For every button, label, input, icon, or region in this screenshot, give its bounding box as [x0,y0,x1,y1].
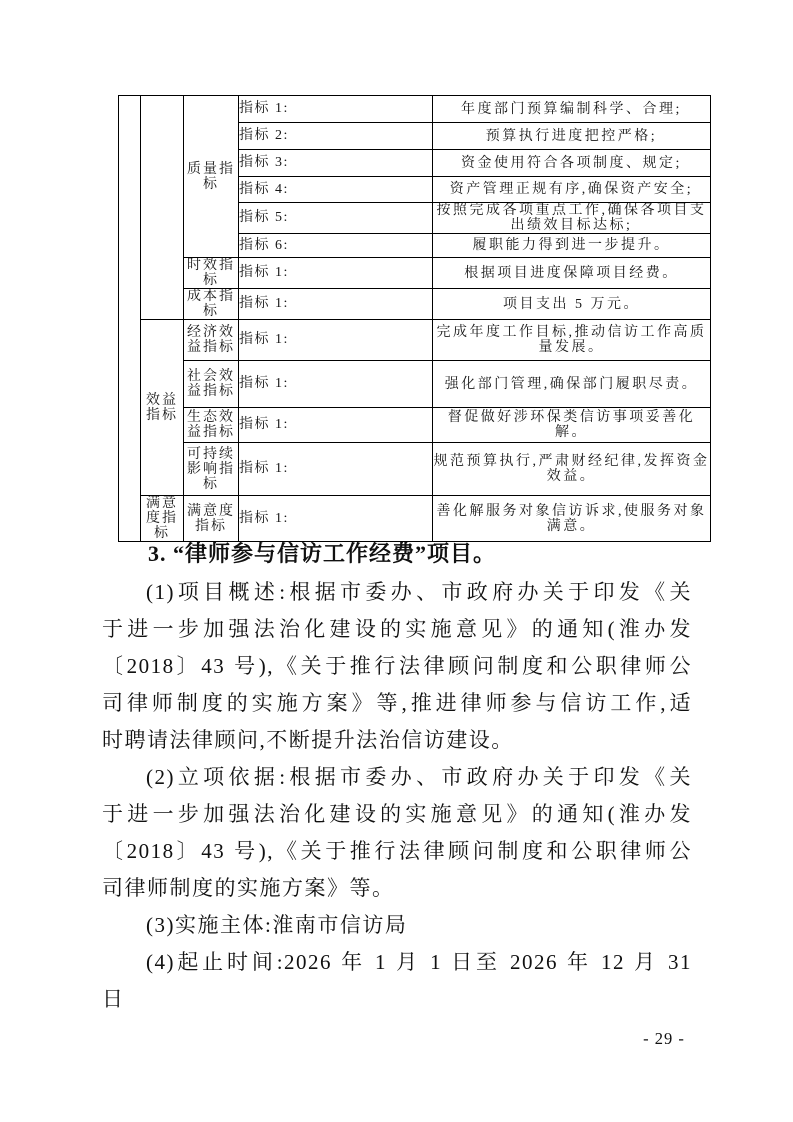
subgroup-cell-sustainability: 可持续影响指标 [184,443,239,496]
indicator-cell: 指标 6: [239,234,433,258]
paragraph-1-line: 于进一步加强法治化建设的实施意见》的通知(淮办发 [102,611,692,648]
section-heading: 3. “律师参与信访工作经费”项目。 [102,533,692,574]
value-cell: 履职能力得到进一步提升。 [433,234,711,258]
value-cell: 督促做好涉环保类信访事项妥善化解。 [433,408,711,443]
paragraph-2-line: 〔2018〕43 号),《关于推行法律顾问制度和公职律师公 [102,833,692,870]
paragraph-1-line: 时聘请法律顾问,不断提升法治信访建设。 [102,722,692,759]
subgroup-cell-quality: 质量指标 [184,96,239,258]
value-cell: 资产管理正规有序,确保资产安全; [433,177,711,203]
table-margin-cell [119,96,141,542]
paragraph-2-line: 司律师制度的实施方案》等。 [102,870,692,907]
paragraph-2-line: (2)立项依据:根据市委办、市政府办关于印发《关 [102,759,692,796]
paragraph-1-line: 司律师制度的实施方案》等,推进律师参与信访工作,适 [102,685,692,722]
value-cell: 年度部门预算编制科学、合理; [433,96,711,123]
value-cell: 根据项目进度保障项目经费。 [433,258,711,289]
value-cell: 资金使用符合各项制度、规定; [433,150,711,177]
group-cell-blank [141,96,184,320]
indicator-cell: 指标 1: [239,320,433,361]
indicator-cell: 指标 1: [239,408,433,443]
subgroup-cell-social: 社会效益指标 [184,361,239,408]
value-cell: 按照完成各项重点工作,确保各项目支出绩效目标达标; [433,203,711,234]
paragraph-4-line: (4)起止时间:2026 年 1 月 1 日至 2026 年 12 月 31 [102,944,692,981]
subgroup-cell-economic: 经济效益指标 [184,320,239,361]
page-number: - 29 - [614,1029,714,1049]
paragraph-1-line: 〔2018〕43 号),《关于推行法律顾问制度和公职律师公 [102,648,692,685]
performance-indicators-table: 质量指标 指标 1: 年度部门预算编制科学、合理; 指标 2: 预算执行进度把控… [118,95,711,542]
subgroup-cell-timeliness: 时效指标 [184,258,239,289]
document-page: 质量指标 指标 1: 年度部门预算编制科学、合理; 指标 2: 预算执行进度把控… [0,0,793,1122]
paragraph-3-line: (3)实施主体:淮南市信访局 [102,907,692,944]
indicator-cell: 指标 1: [239,443,433,496]
subgroup-cell-ecological: 生态效益指标 [184,408,239,443]
section-body: 3. “律师参与信访工作经费”项目。 (1)项目概述:根据市委办、市政府办关于印… [102,533,692,1018]
value-cell: 项目支出 5 万元。 [433,289,711,320]
indicator-cell: 指标 2: [239,123,433,150]
indicator-cell: 指标 1: [239,289,433,320]
group-cell-benefit: 效益指标 [141,320,184,496]
indicator-cell: 指标 4: [239,177,433,203]
indicator-cell: 指标 1: [239,96,433,123]
value-cell: 预算执行进度把控严格; [433,123,711,150]
value-cell: 规范预算执行,严肃财经纪律,发挥资金效益。 [433,443,711,496]
indicator-cell: 指标 5: [239,203,433,234]
subgroup-cell-cost: 成本指标 [184,289,239,320]
indicator-cell: 指标 1: [239,258,433,289]
value-cell: 完成年度工作目标,推动信访工作高质量发展。 [433,320,711,361]
paragraph-1-line: (1)项目概述:根据市委办、市政府办关于印发《关 [102,574,692,611]
paragraph-2-line: 于进一步加强法治化建设的实施意见》的通知(淮办发 [102,796,692,833]
value-cell: 强化部门管理,确保部门履职尽责。 [433,361,711,408]
indicator-cell: 指标 3: [239,150,433,177]
paragraph-4-line: 日 [102,981,692,1018]
indicator-cell: 指标 1: [239,361,433,408]
